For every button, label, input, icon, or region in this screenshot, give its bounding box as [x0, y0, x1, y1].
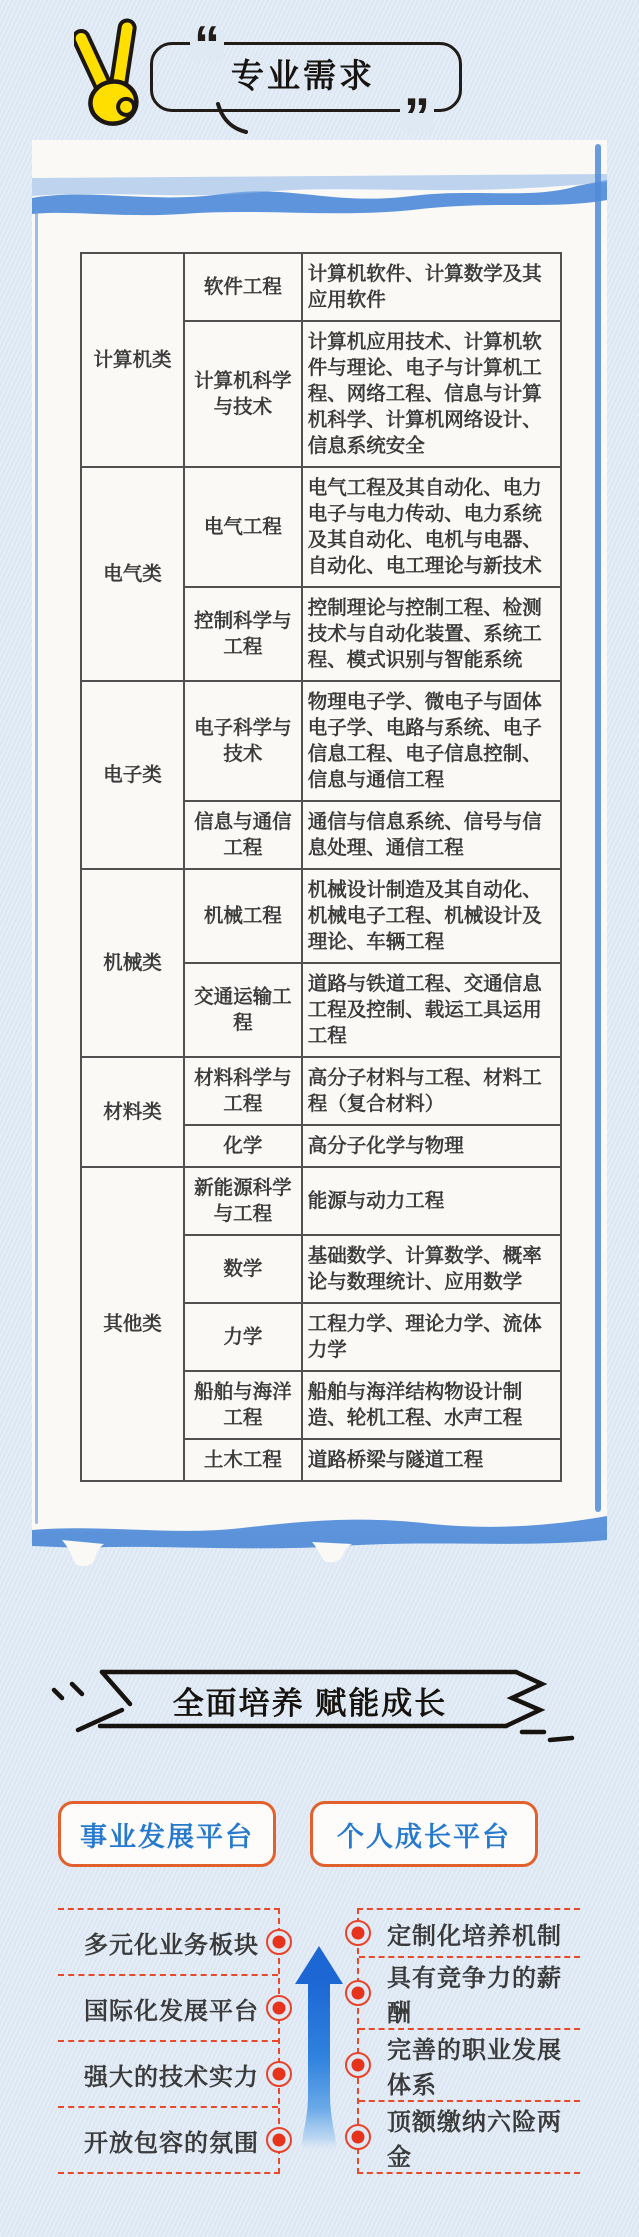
major-cell: 船舶与海洋工程 — [184, 1371, 302, 1439]
major-cell: 电气工程 — [184, 467, 302, 587]
major-row: 计算机类软件工程计算机软件、计算数学及其应用软件 — [81, 253, 561, 321]
benefit-item: 强大的技术实力 — [58, 2042, 278, 2108]
directions-cell: 通信与信息系统、信号与信息处理、通信工程 — [302, 801, 561, 869]
major-row: 机械类机械工程机械设计制造及其自动化、机械电子工程、机械设计及理论、车辆工程 — [81, 869, 561, 963]
category-cell: 机械类 — [81, 869, 184, 1057]
directions-cell: 高分子化学与物理 — [302, 1125, 561, 1167]
major-cell: 力学 — [184, 1303, 302, 1371]
bullet-dot-icon — [345, 1920, 371, 1946]
directions-cell: 电气工程及其自动化、电力电子与电力传动、电力系统及其自动化、电机与电器、自动化、… — [302, 467, 561, 587]
major-cell: 材料科学与工程 — [184, 1057, 302, 1125]
career-platform-box: 事业发展平台 — [58, 1801, 276, 1867]
major-cell: 化学 — [184, 1125, 302, 1167]
torn-edge-bottom — [32, 1496, 607, 1568]
category-cell: 计算机类 — [81, 253, 184, 467]
major-cell: 交通运输工程 — [184, 963, 302, 1057]
benefit-item: 开放包容的氛围 — [58, 2108, 278, 2172]
growth-benefits-column: 定制化培养机制具有竞争力的薪酬完善的职业发展体系顶额缴纳六险两金 — [357, 1908, 580, 2174]
benefit-label: 顶额缴纳六险两金 — [387, 2102, 580, 2172]
category-cell: 电子类 — [81, 681, 184, 869]
career-benefits-column: 多元化业务板块国际化发展平台强大的技术实力开放包容的氛围 — [58, 1908, 280, 2174]
close-quote-icon: ” — [400, 102, 434, 132]
benefit-item: 定制化培养机制 — [359, 1910, 580, 1958]
bullet-dot-icon — [345, 2124, 371, 2150]
major-cell: 机械工程 — [184, 869, 302, 963]
majors-panel: 计算机类软件工程计算机软件、计算数学及其应用软件计算机科学与技术计算机应用技术、… — [32, 140, 607, 1532]
major-cell: 电子科学与技术 — [184, 681, 302, 801]
bullet-dot-icon — [266, 1929, 292, 1955]
category-cell: 材料类 — [81, 1057, 184, 1167]
directions-cell: 机械设计制造及其自动化、机械电子工程、机械设计及理论、车辆工程 — [302, 869, 561, 963]
benefit-label: 开放包容的氛围 — [84, 2123, 259, 2158]
growth-banner: 全面培养 赋能成长 — [0, 1650, 639, 1750]
major-row: 材料类材料科学与工程高分子材料与工程、材料工程（复合材料） — [81, 1057, 561, 1125]
benefit-label: 多元化业务板块 — [84, 1925, 259, 1960]
directions-cell: 计算机应用技术、计算机软件与理论、电子与计算机工程、网络工程、信息与计算机科学、… — [302, 321, 561, 467]
directions-cell: 控制理论与控制工程、检测技术与自动化装置、系统工程、模式识别与智能系统 — [302, 587, 561, 681]
infographic-page: “ ” 专业需求 计算机类软件工程计算机软件、计算数学及其应用软件计算机科学与技… — [0, 0, 639, 2237]
up-arrow-icon — [292, 1944, 346, 2156]
directions-cell: 物理电子学、微电子与固体电子学、电路与系统、电子信息工程、电子信息控制、信息与通… — [302, 681, 561, 801]
majors-table: 计算机类软件工程计算机软件、计算数学及其应用软件计算机科学与技术计算机应用技术、… — [80, 252, 562, 1482]
category-cell: 其他类 — [81, 1167, 184, 1481]
benefit-label: 强大的技术实力 — [84, 2057, 259, 2092]
benefit-label: 完善的职业发展体系 — [387, 2030, 580, 2100]
major-cell: 土木工程 — [184, 1439, 302, 1481]
major-cell: 软件工程 — [184, 253, 302, 321]
header: “ ” 专业需求 — [0, 0, 639, 140]
panel-left-border — [35, 210, 38, 1524]
bullet-dot-icon — [266, 1995, 292, 2021]
growth-banner-title: 全面培养 赋能成长 — [0, 1678, 620, 1723]
panel-right-border — [595, 144, 601, 1512]
category-cell: 电气类 — [81, 467, 184, 681]
benefit-item: 多元化业务板块 — [58, 1910, 278, 1976]
directions-cell: 高分子材料与工程、材料工程（复合材料） — [302, 1057, 561, 1125]
directions-cell: 能源与动力工程 — [302, 1167, 561, 1235]
major-row: 其他类新能源科学与工程能源与动力工程 — [81, 1167, 561, 1235]
torn-edge-top — [32, 170, 607, 230]
major-row: 电子类电子科学与技术物理电子学、微电子与固体电子学、电路与系统、电子信息工程、电… — [81, 681, 561, 801]
benefit-item: 完善的职业发展体系 — [359, 2030, 580, 2102]
bullet-dot-icon — [266, 2127, 292, 2153]
bullet-dot-icon — [345, 1980, 371, 2006]
directions-cell: 道路与铁道工程、交通信息工程及控制、载运工具运用工程 — [302, 963, 561, 1057]
career-platform-title: 事业发展平台 — [80, 1815, 254, 1854]
benefit-label: 国际化发展平台 — [84, 1991, 259, 2026]
bullet-dot-icon — [345, 2052, 371, 2078]
major-cell: 数学 — [184, 1235, 302, 1303]
victory-hand-icon — [74, 18, 158, 130]
major-cell: 新能源科学与工程 — [184, 1167, 302, 1235]
major-cell: 计算机科学与技术 — [184, 321, 302, 467]
benefit-label: 定制化培养机制 — [387, 1916, 562, 1951]
benefit-item: 具有竞争力的薪酬 — [359, 1958, 580, 2030]
benefit-item: 顶额缴纳六险两金 — [359, 2102, 580, 2172]
speech-bubble-tail — [212, 102, 262, 136]
benefit-label: 具有竞争力的薪酬 — [387, 1958, 580, 2028]
benefit-item: 国际化发展平台 — [58, 1976, 278, 2042]
directions-cell: 基础数学、计算数学、概率论与数理统计、应用数学 — [302, 1235, 561, 1303]
page-title: 专业需求 — [150, 50, 456, 97]
directions-cell: 计算机软件、计算数学及其应用软件 — [302, 253, 561, 321]
growth-platform-title: 个人成长平台 — [337, 1815, 511, 1854]
directions-cell: 道路桥梁与隧道工程 — [302, 1439, 561, 1481]
major-cell: 控制科学与工程 — [184, 587, 302, 681]
directions-cell: 工程力学、理论力学、流体力学 — [302, 1303, 561, 1371]
directions-cell: 船舶与海洋结构物设计制造、轮机工程、水声工程 — [302, 1371, 561, 1439]
major-row: 电气类电气工程电气工程及其自动化、电力电子与电力传动、电力系统及其自动化、电机与… — [81, 467, 561, 587]
major-cell: 信息与通信工程 — [184, 801, 302, 869]
growth-platform-box: 个人成长平台 — [310, 1801, 538, 1867]
bullet-dot-icon — [266, 2061, 292, 2087]
